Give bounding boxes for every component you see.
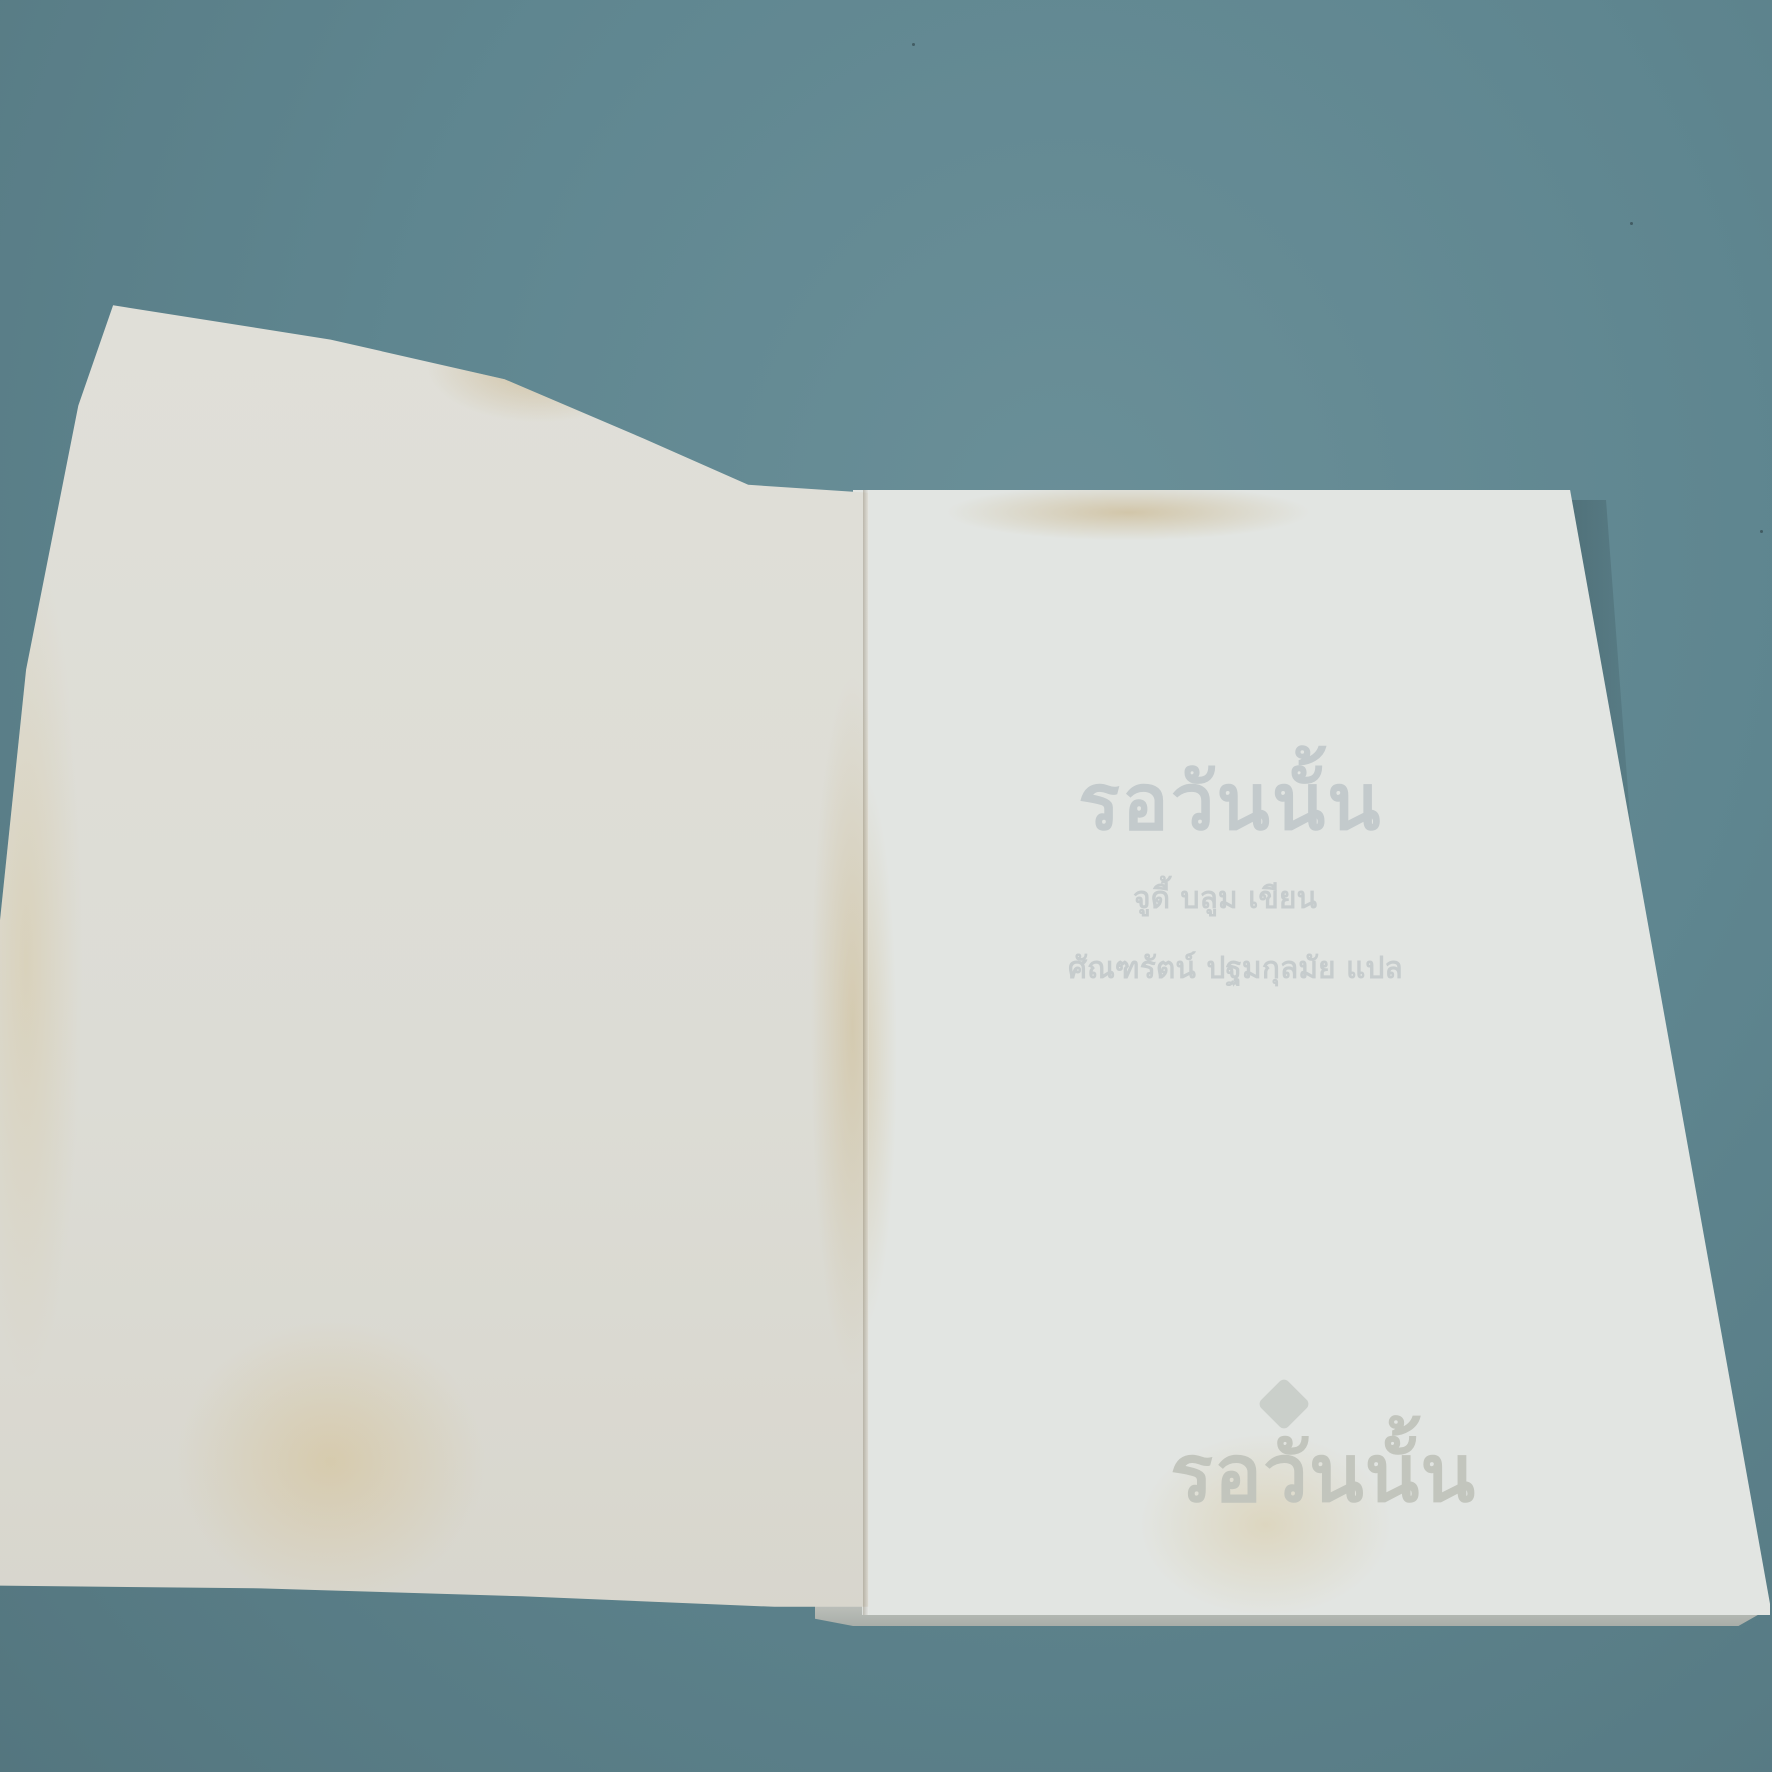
book-spine [863, 490, 869, 1615]
author-line: จูดี้ บลูม เขียน [1133, 875, 1317, 922]
publisher-logo-text: รอวันนั้น [1170, 1410, 1476, 1537]
publisher-logo: รอวันนั้น [1170, 1380, 1470, 1520]
surface-speck [1630, 222, 1633, 225]
surface-speck [1760, 530, 1763, 533]
translator-line: ศัณฑรัตน์ ปฐมกุลมัย แปล [1068, 945, 1403, 992]
book-title: รอวันนั้น [1078, 740, 1383, 864]
surface-speck [912, 43, 915, 46]
blank-left-page [0, 300, 870, 1620]
book-photo-scene: รอวันนั้น จูดี้ บลูม เขียน ศัณฑรัตน์ ปฐม… [0, 0, 1772, 1772]
